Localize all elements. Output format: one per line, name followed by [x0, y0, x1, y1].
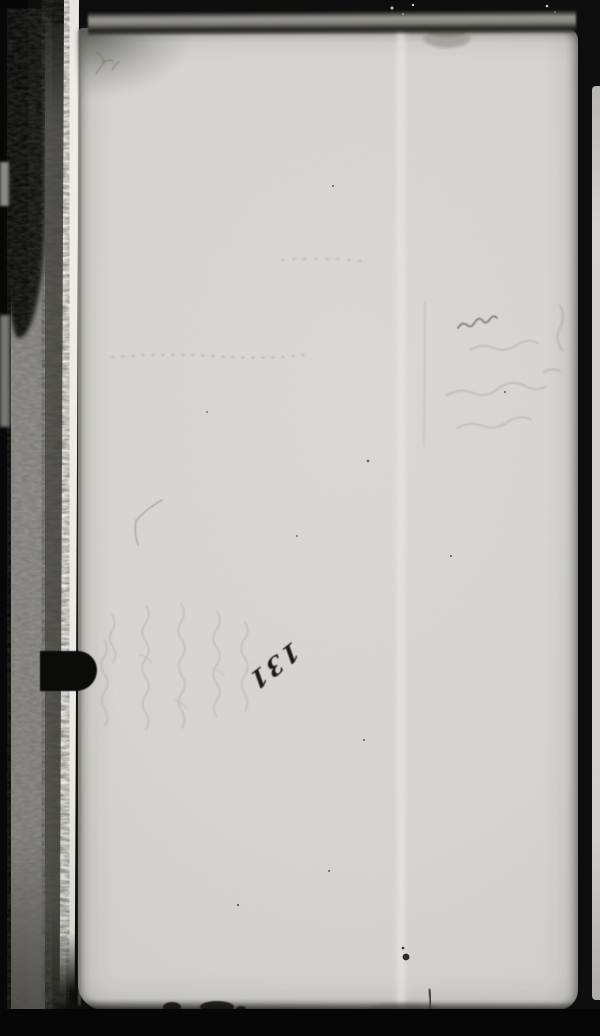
vertical-crease	[394, 30, 408, 1008]
adjacent-page-edge	[592, 86, 600, 1000]
cover-edge-glint	[0, 162, 9, 206]
microfilm-scan: 131	[0, 0, 600, 1036]
book-page	[78, 28, 578, 1010]
gutter-shadow-line	[78, 30, 81, 1006]
corner-smudge	[78, 28, 228, 128]
cover-edge-glint	[0, 315, 10, 427]
clip-silhouette	[40, 651, 97, 691]
bottom-black-band	[0, 1009, 600, 1036]
white-guard-strip	[60, 0, 79, 992]
page-stack-top-edge	[88, 10, 576, 35]
